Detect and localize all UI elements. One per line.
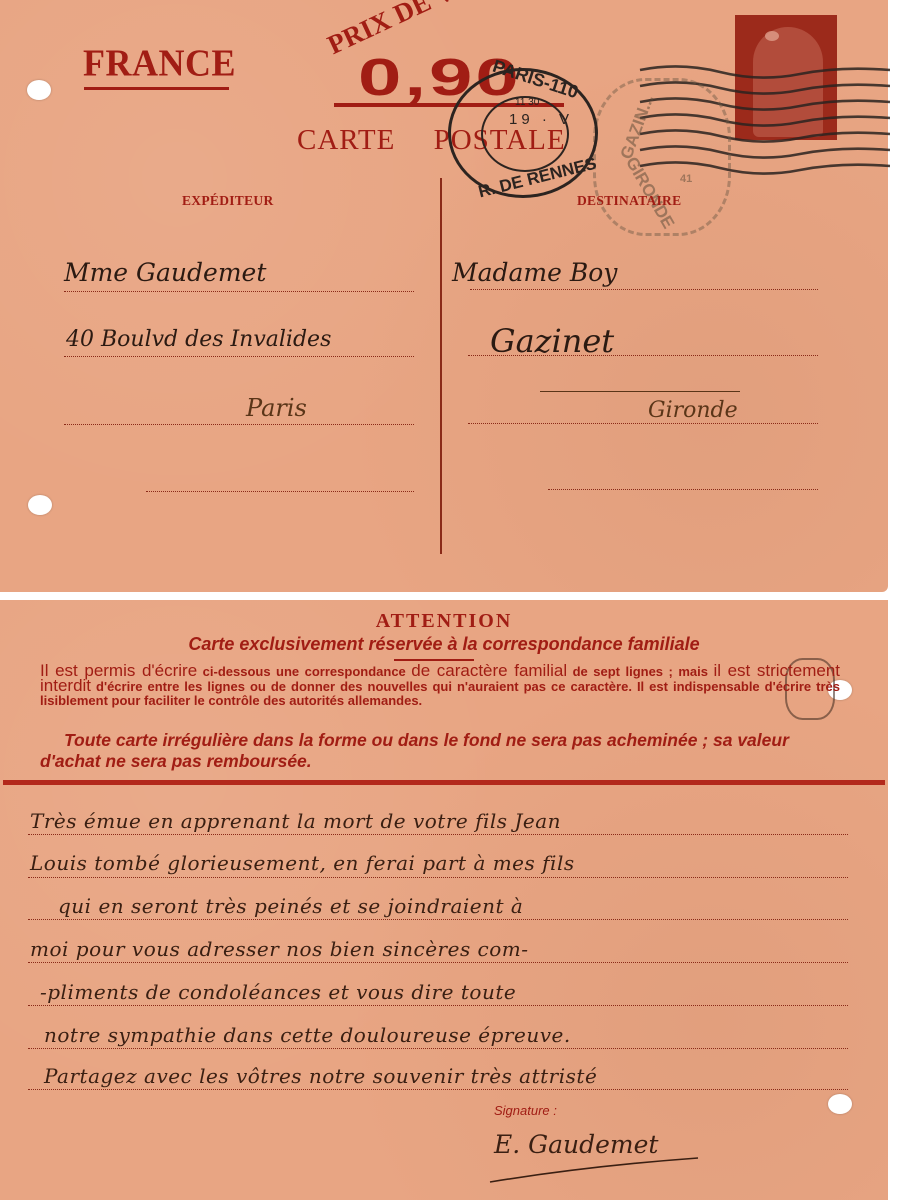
attention-subheader: Carte exclusivement réservée à la corres… <box>0 634 888 655</box>
sender-label: EXPÉDITEUR <box>182 193 274 209</box>
ruled-line <box>28 1089 848 1090</box>
message-line: -pliments de condoléances et vous dire t… <box>40 980 516 1004</box>
sender-line <box>64 424 414 425</box>
sender-line <box>146 491 414 492</box>
regulation-notice: Il est permis d'écrire ci-dessous une co… <box>40 664 840 708</box>
ruled-line <box>28 1048 848 1049</box>
postmark-round: PARIS-110 11 30 19 · V R. DE RENNES <box>448 68 598 198</box>
notice-part: mais <box>678 664 713 679</box>
country-title: FRANCE <box>83 41 236 85</box>
address-divider <box>440 178 442 554</box>
postmark-hex-year: 41 <box>680 173 692 185</box>
punch-hole <box>28 495 52 515</box>
message-line: notre sympathie dans cette douloureuse é… <box>44 1023 571 1047</box>
sender-line <box>64 356 414 357</box>
ruled-line <box>28 834 848 835</box>
postcard-back: ATTENTION Carte exclusivement réservée à… <box>0 600 888 1200</box>
postmark-hexagonal: GAZIN... GIRONDE 41 <box>593 78 731 236</box>
sender-address: 40 Boulvd des Invalides <box>66 327 331 352</box>
ruled-line <box>28 962 848 963</box>
stamp-torch-icon <box>765 31 779 41</box>
recipient-line <box>470 289 818 290</box>
notice-part: de caractère familial <box>411 661 567 680</box>
country-underline <box>84 87 229 90</box>
sender-city: Paris <box>246 394 307 422</box>
postmark-time: 11 30 <box>515 97 539 108</box>
recipient-department: Gironde <box>648 398 738 423</box>
notice-part: de sept lignes ; <box>567 664 678 679</box>
message-line: moi pour vous adresser nos bien sincères… <box>30 937 529 961</box>
punch-hole <box>828 1094 852 1114</box>
town-underline <box>540 391 740 392</box>
notice-part: d'écrire entre les lignes ou de donner d… <box>40 679 840 708</box>
recipient-name: Madame Boy <box>452 258 617 287</box>
warning-text: Toute carte irrégulière dans la forme ou… <box>40 730 840 772</box>
postcard-front: FRANCE 0,90 PRIX DE VENTE CARTE POSTALE … <box>0 0 888 592</box>
message-line: Partagez avec les vôtres notre souvenir … <box>44 1064 597 1088</box>
signature: E. Gaudemet <box>494 1130 658 1159</box>
recipient-line <box>548 489 818 490</box>
section-divider <box>3 780 885 785</box>
postmark-date: 19 · V <box>509 111 573 128</box>
recipient-label: DESTINATAIRE <box>577 193 681 209</box>
signature-label: Signature : <box>494 1103 557 1118</box>
attention-header: ATTENTION <box>0 610 888 633</box>
sender-line <box>64 291 414 292</box>
ruled-line <box>28 877 848 878</box>
ruled-line <box>28 1005 848 1006</box>
notice-part: ci-dessous une correspondance <box>197 664 411 679</box>
ruled-line <box>28 919 848 920</box>
sender-name: Mme Gaudemet <box>64 258 266 287</box>
signature-flourish-icon <box>488 1156 700 1186</box>
message-line: Très émue en apprenant la mort de votre … <box>30 809 561 833</box>
recipient-town: Gazinet <box>490 322 614 360</box>
punch-hole <box>27 80 51 100</box>
message-line: qui en seront très peinés et se joindrai… <box>58 894 523 918</box>
message-line: Louis tombé glorieusement, en ferai part… <box>30 851 575 875</box>
postmark-hex-town: GAZIN... <box>617 92 659 162</box>
recipient-line <box>468 423 818 424</box>
